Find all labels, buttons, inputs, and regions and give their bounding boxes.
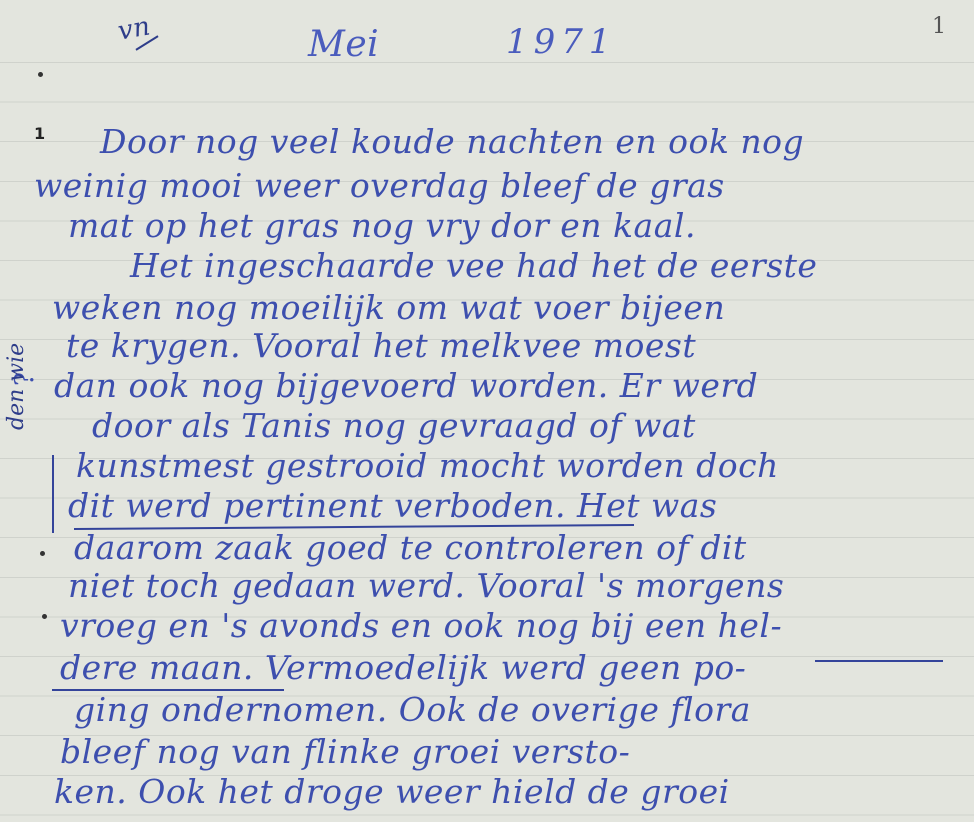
text-line: dere maan. Vermoedelijk werd geen po- (60, 648, 746, 687)
text-line: te krygen. Vooral het melkvee moest (66, 326, 696, 365)
text-line: bleef nog van flinke groei versto- (60, 732, 630, 771)
text-line: daarom zaak goed te controleren of dit (74, 528, 747, 567)
text-line: kunstmest gestrooid mocht worden doch (76, 446, 779, 485)
text-line: weken nog moeilijk om wat voer bijeen (52, 288, 725, 327)
text-line: vroeg en 's avonds en ook nog bij een he… (60, 606, 782, 645)
page-title-year: 1971 (506, 22, 617, 62)
text-line: weinig mooi weer overdag bleef de gras (34, 166, 725, 205)
margin-dot (42, 614, 47, 619)
text-line: ken. Ook het droge weer hield de groei (54, 772, 730, 811)
notebook-page: vn Mei 1971 1 1 ? den wie Door nog veel … (0, 0, 974, 822)
underline-dere-maan (52, 689, 284, 691)
text-line: Het ingeschaarde vee had het de eerste (130, 246, 817, 285)
page-title-month: Mei (308, 24, 379, 65)
margin-bracket-line (52, 455, 54, 533)
margin-annotation: den wie (4, 343, 29, 430)
margin-dot (38, 72, 43, 77)
text-line: dan ook nog bijgevoerd worden. Er werd (54, 366, 758, 405)
text-line: door als Tanis nog gevraagd of wat (92, 406, 696, 445)
underline-geen-po (815, 660, 943, 662)
text-line: Door nog veel koude nachten en ook nog (100, 122, 804, 161)
text-line: ging ondernomen. Ook de overige flora (74, 690, 751, 729)
text-line: mat op het gras nog vry dor en kaal. (68, 206, 696, 245)
paragraph-number: 1 (34, 124, 45, 143)
text-line: dit werd pertinent verboden. Het was (68, 486, 717, 525)
page-number: 1 (932, 14, 946, 39)
text-line: niet toch gedaan werd. Vooral 's morgens (68, 566, 784, 605)
margin-dot (40, 551, 45, 556)
